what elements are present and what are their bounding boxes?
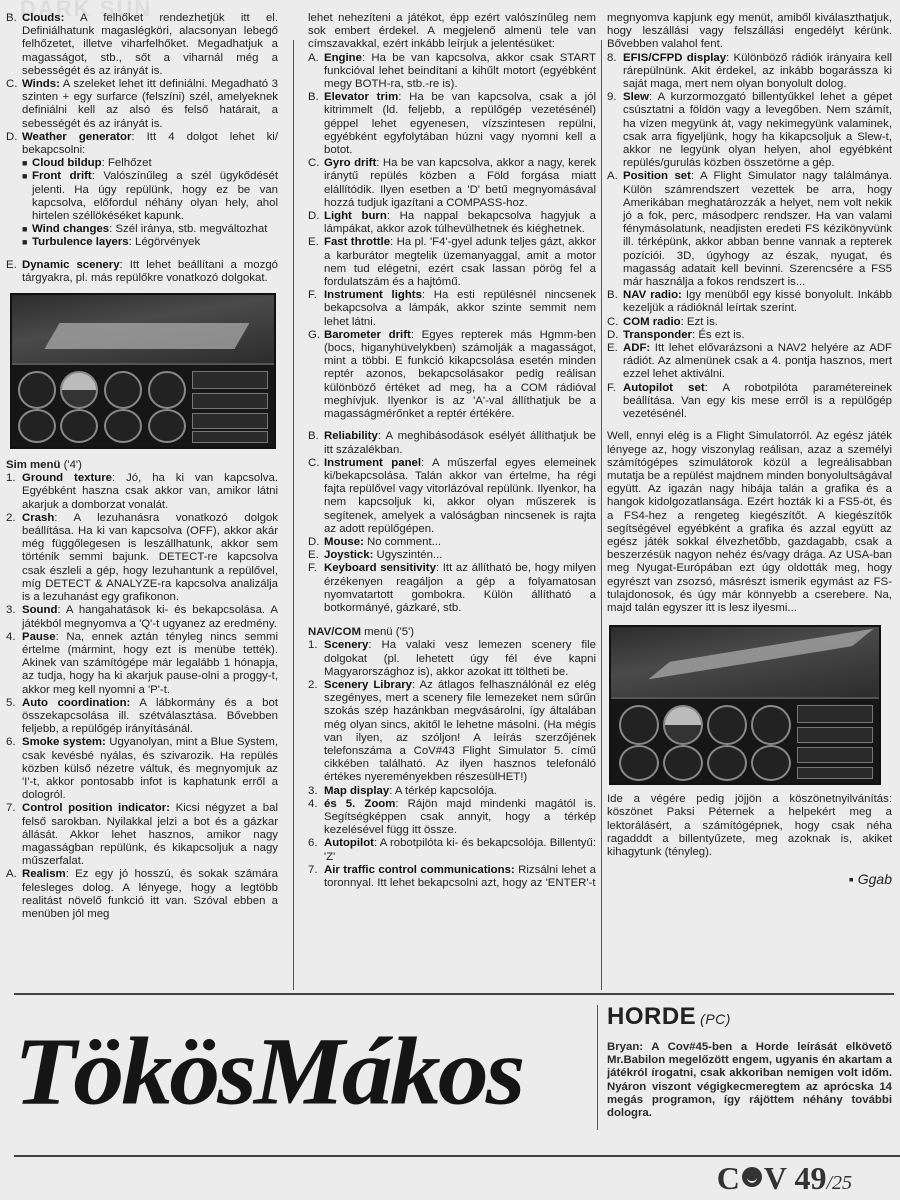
bullet-icon: ■ [22, 157, 32, 170]
item-label: E. [607, 342, 623, 382]
item-term: Engine [324, 52, 362, 64]
horde-title: HORDE(PC) [607, 1003, 892, 1033]
item-term: Transponder [623, 329, 692, 341]
horde-body: Bryan: A Cov#45-ben a Horde leírását elk… [607, 1041, 892, 1120]
brand-v: V [764, 1160, 787, 1196]
item-label: F. [308, 289, 324, 329]
realism-item: A.Engine: Ha be van kapcsolva, akkor csa… [308, 52, 596, 92]
item-text: Ugyszintén... [373, 549, 442, 561]
item-label: 6. [308, 837, 324, 863]
item-label: E. [308, 549, 324, 562]
page-footer: CV 49/25 [717, 1160, 852, 1197]
navcom-item: 7.Air traffic control communications: Ri… [308, 864, 596, 890]
item-label: D. [308, 210, 324, 236]
item-text: : A Flight Simulator nagy találmánya. Kü… [623, 170, 892, 288]
item-text: : A térkép kapcsolója. [389, 785, 497, 797]
navcom-item: 8.EFIS/CFPD display: Különböző rádiók ir… [607, 52, 892, 92]
smiley-icon [742, 1167, 762, 1187]
navcom-item: 6.Autopilot: A robotpilóta ki- és bekapc… [308, 837, 596, 863]
item-term: Winds: [22, 78, 60, 90]
item-label: 4. [6, 631, 22, 697]
item-label: A. [607, 170, 623, 289]
bullet-icon: ■ [22, 236, 32, 249]
item-term: Pause [22, 631, 56, 643]
sim-menu-item: 4.Pause: Na, ennek aztán tényleg nincs s… [6, 631, 278, 697]
item-label: 9. [607, 91, 623, 170]
item-label: E. [6, 259, 22, 285]
item-term: Autopilot [324, 837, 374, 849]
author-byline: ▪ Ggab [607, 873, 892, 886]
item-term: Slew [623, 91, 649, 103]
realism-item: F.Keyboard sensitivity: Itt az állítható… [308, 562, 596, 615]
item-term: Light burn [324, 210, 387, 222]
item-label: 1. [308, 639, 324, 679]
horde-article: HORDE(PC) Bryan: A Cov#45-ben a Horde le… [607, 1003, 892, 1120]
item-text: : Felhőzet [102, 157, 152, 169]
item-text: : Ha be van kapcsolva, akkor csak START … [324, 52, 596, 90]
navcom-menu-heading: NAV/COM menü ('5') [308, 626, 596, 639]
navcom-item: 2.Scenery Library: Az átlagos felhasznál… [308, 679, 596, 785]
navcom-item: E.ADF: Itt lehet elővarázsoni a NAV2 hel… [607, 342, 892, 382]
item-text: Itt lehet elővarázsoni a NAV2 helyére az… [623, 342, 892, 380]
item-term: Turbulence layers [32, 236, 129, 248]
item-term: Ground texture [22, 472, 112, 484]
realism-item: C.Instrument panel: A műszerfal egyes el… [308, 457, 596, 536]
item-label: C. [308, 157, 324, 210]
item-term: Elevator trim [324, 91, 398, 103]
item-term: Joystick: [324, 549, 373, 561]
bullet-icon: ■ [22, 223, 32, 236]
item-label: B. [308, 430, 324, 456]
sim-menu-item: 2.Crash: A lezuhanásra vonatkozó dolgok … [6, 512, 278, 604]
column-1: B.Clouds: A felhőket rendezhetjük itt el… [6, 12, 278, 921]
navcom-item: D.Transponder: És ezt is. [607, 329, 892, 342]
item-term: EFIS/CFPD display [623, 52, 726, 64]
item-term: Reliability [324, 430, 378, 442]
item-term: Dynamic scenery [22, 259, 120, 271]
runway-screenshot [609, 625, 881, 785]
item-label: G. [308, 329, 324, 421]
item-term: Keyboard sensitivity [324, 562, 436, 574]
realism-item: G.Barometer drift: Egyes repterek más Hg… [308, 329, 596, 421]
item-label: 7. [6, 802, 22, 868]
item-label: 6. [6, 736, 22, 802]
navcom-item: 4.és 5. Zoom: Rájön majd mindenki magátó… [308, 798, 596, 838]
navcom-item: C.COM radio: Ezt is. [607, 316, 892, 329]
item-term: ADF: [623, 342, 650, 354]
navcom-item: F.Autopilot set: A robotpilóta paraméter… [607, 382, 892, 422]
item-text: : A hangahatások ki- és bekapcsolása. A … [22, 604, 278, 629]
item-text: : A lezuhanásra vonatkozó dolgok beállít… [22, 512, 278, 603]
item-term: Fast throttle [324, 236, 390, 248]
column-divider [293, 40, 294, 990]
sim-menu-item: 7.Control position indicator: Kicsi négy… [6, 802, 278, 868]
item-term: Instrument panel [324, 457, 421, 469]
sim-menu-item: 6.Smoke system: Ugyanolyan, mint a Blue … [6, 736, 278, 802]
item-label: C. [6, 78, 22, 131]
item-term: Gyro drift [324, 157, 376, 169]
bullet-item: ■Turbulence layers: Légörvények [22, 236, 278, 249]
sim-menu-item: 3.Sound: A hangahatások ki- és bekapcsol… [6, 604, 278, 630]
item-label: D. [6, 131, 22, 157]
item-term: Front drift [32, 170, 92, 182]
item-label: F. [308, 562, 324, 615]
item-term: Control position indicator: [22, 802, 170, 814]
item-text: : Légörvények [129, 236, 201, 248]
realism-item: E.Fast throttle: Ha pl. 'F4'-gyel adunk … [308, 236, 596, 289]
item-label: D. [607, 329, 623, 342]
tokos-makos-logo: TökösMákos [14, 1025, 584, 1120]
column-divider [597, 1005, 598, 1130]
item-term: Scenery Library [324, 679, 412, 691]
item-term: Barometer drift [324, 329, 411, 341]
bullet-item: ■Cloud bildup: Felhőzet [22, 157, 278, 170]
sim-menu-item: 5.Auto coordination: A lábkormány és a b… [6, 697, 278, 737]
realism-item: C.Gyro drift: Ha be van kapcsolva, akkor… [308, 157, 596, 210]
item-term: Mouse: [324, 536, 364, 548]
page-number: /25 [826, 1172, 852, 1194]
item-label: 3. [308, 785, 324, 798]
item-label: A. [6, 868, 22, 921]
realism-item: D.Mouse: No comment... [308, 536, 596, 549]
item-label: C. [308, 457, 324, 536]
item-text: : És ezt is. [692, 329, 745, 341]
item-term: Clouds: [22, 12, 64, 24]
item-label: 5. [6, 697, 22, 737]
navcom-item: B.NAV radio: Igy menüből egy kissé bonyo… [607, 289, 892, 315]
item-term: Wind changes [32, 223, 109, 235]
item-term: Instrument lights [324, 289, 422, 301]
issue-number: 49 [794, 1160, 826, 1196]
item-term: Realism [22, 868, 66, 880]
realism-item: F.Instrument lights: Ha esti repülésnél … [308, 289, 596, 329]
realism-intro: lehet nehezíteni a játékot, épp ezért va… [308, 12, 596, 52]
item-label: E. [308, 236, 324, 289]
item-term: Scenery [324, 639, 368, 651]
item-term: COM radio [623, 316, 681, 328]
item-label: F. [607, 382, 623, 422]
footer-divider [14, 1155, 900, 1157]
item-label: A. [308, 52, 324, 92]
navcom-item: A.Position set: A Flight Simulator nagy … [607, 170, 892, 289]
item-term: Auto coordination: [22, 697, 130, 709]
weather-item: D.Weather generator: Itt 4 dolgot lehet … [6, 131, 278, 157]
item-text: No comment... [364, 536, 441, 548]
realism-item: D.Light burn: Ha nappal bekapcsolva hagy… [308, 210, 596, 236]
sim-menu-item: A.Realism: Ez egy jó hosszú, és sokak sz… [6, 868, 278, 921]
summary-paragraph: Well, ennyi elég is a Flight Simulatorró… [607, 430, 892, 615]
brand-c: C [717, 1160, 740, 1196]
realism-item: E.Joystick: Ugyszintén... [308, 549, 596, 562]
bullet-item: ■Front drift: Valószínűleg a szél ügykőd… [22, 170, 278, 223]
item-text: : A kurzormozgató billentyűkkel lehet a … [623, 91, 892, 169]
thanks-paragraph: Ide a végére pedig jöjjön a köszönetnyil… [607, 793, 892, 859]
weather-item: C.Winds: A szeleket lehet itt definiálni… [6, 78, 278, 131]
navcom-item: 3.Map display: A térkép kapcsolója. [308, 785, 596, 798]
item-text: : Egyes repterek más Hgmm-ben (bocs, hig… [324, 329, 596, 420]
item-text: : Ezt is. [681, 316, 718, 328]
navcom-item: 9.Slew: A kurzormozgató billentyűkkel le… [607, 91, 892, 170]
item-term: Weather generator [22, 131, 131, 143]
item-text: : Na, ennek aztán tényleg nincs semmi ér… [22, 631, 278, 696]
item-term: Position set [623, 170, 691, 182]
item-term: Cloud bildup [32, 157, 102, 169]
cockpit-screenshot [10, 293, 276, 449]
item-text: : Az átlagos felhasználónál ez elég szeg… [324, 679, 596, 783]
column-2: lehet nehezíteni a játékot, épp ezért va… [308, 12, 596, 890]
atc-continued: megnyomva kapjunk egy menüt, amiből kivá… [607, 12, 892, 52]
item-label: 8. [607, 52, 623, 92]
item-term: Crash [22, 512, 54, 524]
item-label: D. [308, 536, 324, 549]
item-label: B. [607, 289, 623, 315]
weather-item: B.Clouds: A felhőket rendezhetjük itt el… [6, 12, 278, 78]
item-label: 2. [308, 679, 324, 785]
item-term: Map display [324, 785, 389, 797]
navcom-item: 1.Scenery: Ha valaki vesz lemezen scener… [308, 639, 596, 679]
item-label: 1. [6, 472, 22, 512]
item-label: 4. [308, 798, 324, 838]
item-label: 3. [6, 604, 22, 630]
sim-menu-item: 1.Ground texture: Jó, ha ki van kapcsolv… [6, 472, 278, 512]
item-label: B. [308, 91, 324, 157]
realism-item: B.Reliability: A meghibásodások esélyét … [308, 430, 596, 456]
item-label: 2. [6, 512, 22, 604]
item-text: : Szél iránya, stb. megváltozhat [109, 223, 267, 235]
item-label: C. [607, 316, 623, 329]
item-term: NAV radio: [623, 289, 682, 301]
item-term: Smoke system: [22, 736, 106, 748]
item-label: B. [6, 12, 22, 78]
bullet-icon: ■ [22, 170, 32, 223]
realism-item: B.Elevator trim: Ha be van kapcsolva, cs… [308, 91, 596, 157]
bullet-item: ■Wind changes: Szél iránya, stb. megvált… [22, 223, 278, 236]
item-label: 7. [308, 864, 324, 890]
item-term: Sound [22, 604, 57, 616]
column-divider [601, 40, 602, 990]
section-divider [14, 993, 894, 995]
item-term: Autopilot set [623, 382, 705, 394]
item-text: A szeleket lehet itt definiálni. Megadha… [22, 78, 278, 130]
sim-menu-heading: Sim menü ('4') [6, 459, 278, 472]
column-3: megnyomva kapjunk egy menüt, amiből kivá… [607, 12, 892, 886]
item-term: Air traffic control communications: [324, 864, 515, 876]
weather-item: E.Dynamic scenery: Itt lehet beállítani … [6, 259, 278, 285]
item-term: és 5. Zoom [324, 798, 395, 810]
